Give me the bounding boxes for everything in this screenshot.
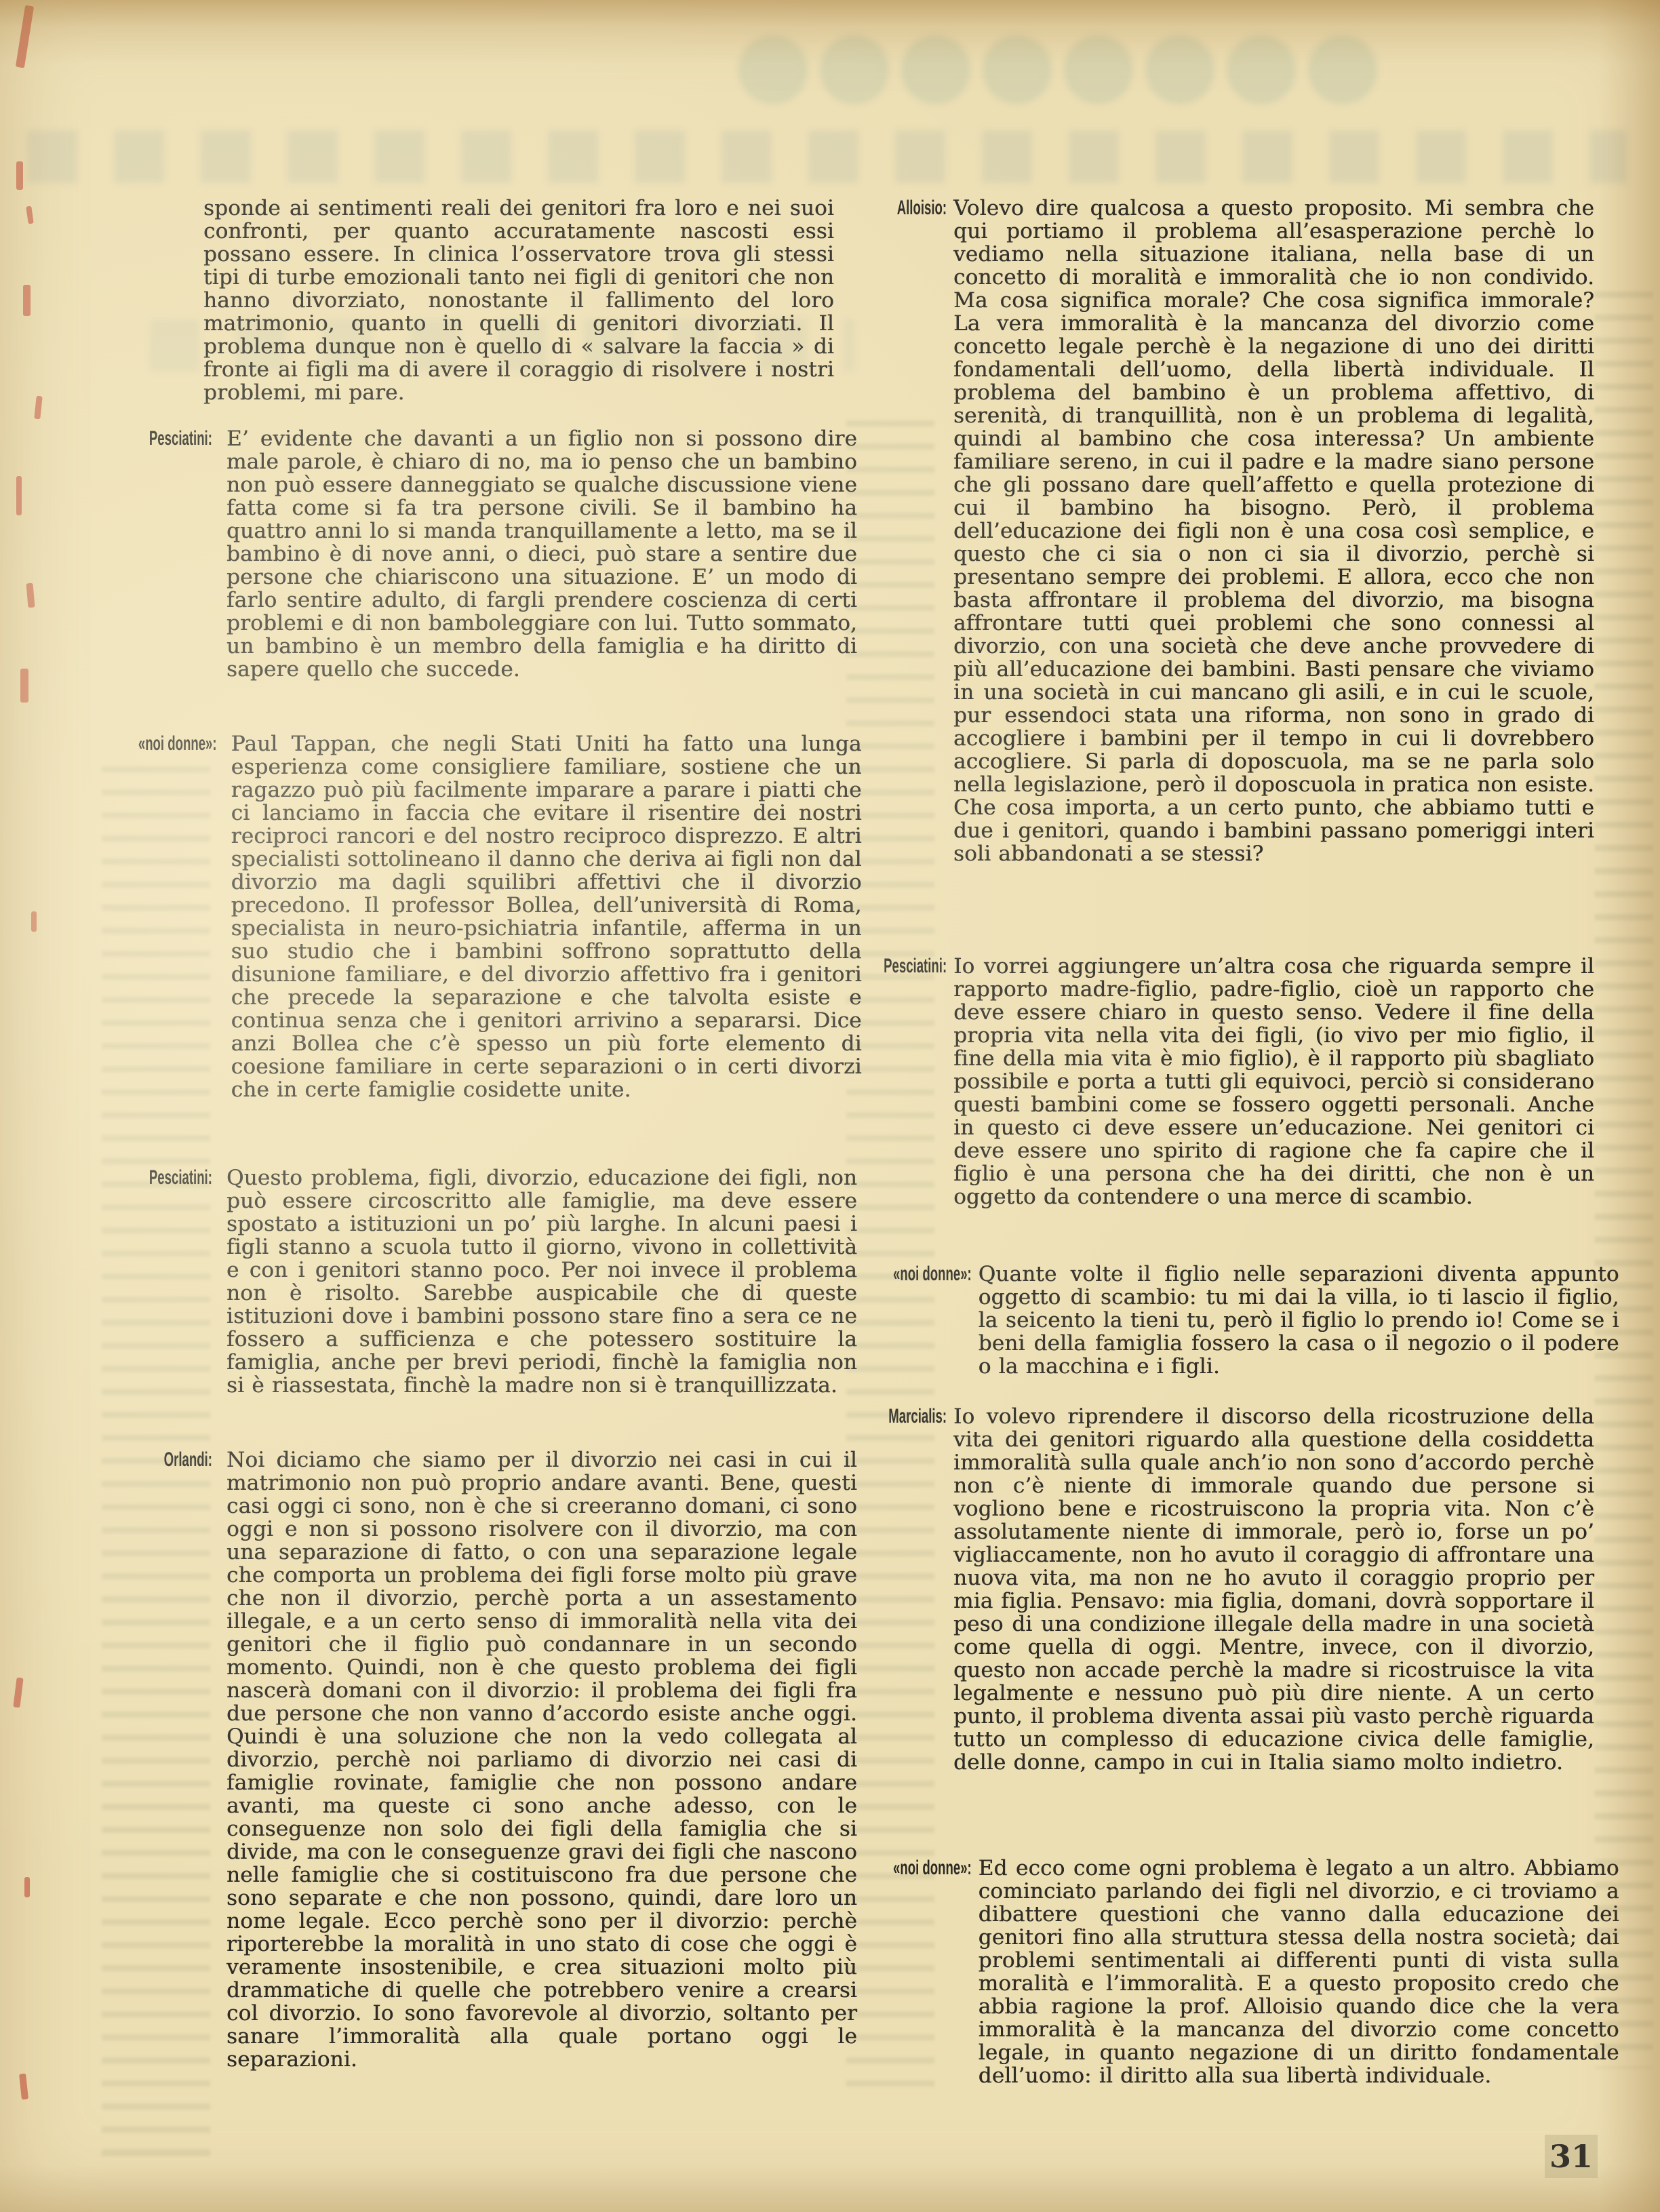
page-number: 31	[1549, 2138, 1593, 2175]
speech-text: Io volevo riprendere il discorso della r…	[953, 1405, 1594, 1774]
speaker-label-marcialis: Marcialis:	[884, 1405, 953, 1428]
showthrough-text-right-margin	[1595, 292, 1653, 2068]
red-press-mark	[16, 5, 34, 68]
red-press-mark	[34, 396, 43, 420]
red-press-mark	[26, 583, 35, 608]
page-number-box: 31	[1545, 2135, 1598, 2178]
red-press-mark	[24, 1877, 30, 1897]
red-press-mark	[16, 476, 22, 515]
speech-entry: Orlandi: Noi diciamo che siamo per il di…	[81, 1448, 834, 2071]
red-press-mark	[19, 2074, 28, 2100]
speech-text: Questo problema, figli, divorzio, educaz…	[226, 1166, 857, 1397]
speech-text: Paul Tappan, che negli Stati Uniti ha fa…	[231, 732, 862, 1101]
speech-text: Volevo dire qualcosa a questo proposito.…	[953, 197, 1594, 865]
speech-text: E’ evidente che davanti a un figlio non …	[226, 427, 857, 681]
speech-text: Ed ecco come ogni problema è legato a un…	[979, 1857, 1619, 2087]
speech-entry: «noi donne»: Ed ecco come ogni problema …	[841, 1857, 1587, 2087]
speaker-label-noi-donne: «noi donne»:	[138, 732, 231, 755]
speaker-label-noi-donne: «noi donne»:	[893, 1263, 979, 1286]
red-press-mark	[16, 161, 23, 190]
red-press-mark	[26, 206, 34, 224]
showthrough-headline-band	[27, 130, 1627, 183]
speech-entry: Marcialis: Io volevo riprendere il disco…	[841, 1405, 1587, 1774]
speech-text: Io vorrei aggiungere un’altra cosa che r…	[953, 955, 1594, 1208]
speech-entry: Pesciatini: E’ evidente che davanti a un…	[81, 427, 834, 681]
red-press-mark	[13, 1678, 23, 1708]
speaker-label-orlandi: Orlandi:	[136, 1448, 226, 1472]
magazine-page-scan: sponde ai sentimenti reali dei genitori …	[0, 0, 1660, 2212]
speaker-label-pesciatini: Pesciatini:	[136, 1166, 226, 1189]
red-press-mark	[31, 911, 37, 932]
speech-text: Quante volte il figlio nelle separazioni…	[979, 1263, 1619, 1378]
showthrough-scallop-band	[732, 12, 1383, 127]
speaker-label-noi-donne: «noi donne»:	[893, 1857, 979, 1880]
red-press-mark	[23, 285, 31, 316]
speech-entry: Pesciatini: Questo problema, figli, divo…	[81, 1166, 834, 1397]
continuation-paragraph: sponde ai sentimenti reali dei genitori …	[203, 197, 834, 404]
red-press-mark	[20, 669, 28, 703]
speaker-label-alloisio: Alloisio:	[884, 197, 953, 220]
speech-entry: «noi donne»: Quante volte il figlio nell…	[841, 1263, 1587, 1378]
speech-text: Noi diciamo che siamo per il divorzio ne…	[226, 1448, 857, 2071]
speaker-label-pesciatini: Pesciatini:	[884, 955, 953, 978]
speaker-label-pesciatini: Pesciatini:	[136, 427, 226, 450]
speech-entry: Pesciatini: Io vorrei aggiungere un’altr…	[841, 955, 1587, 1208]
speech-entry: Alloisio: Volevo dire qualcosa a questo …	[841, 197, 1587, 865]
speech-entry: «noi donne»: Paul Tappan, che negli Stat…	[81, 732, 834, 1101]
